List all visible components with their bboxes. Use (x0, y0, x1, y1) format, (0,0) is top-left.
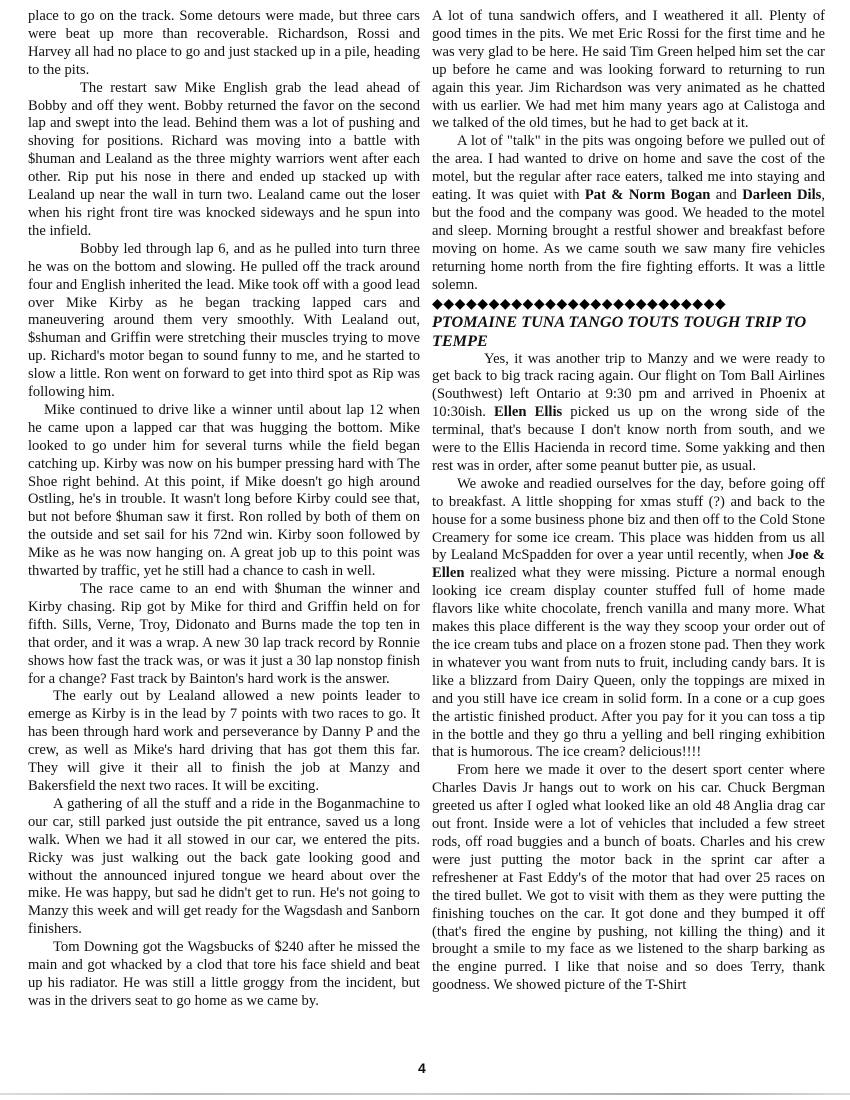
bottom-rule (0, 1093, 850, 1095)
bold-name: Darleen Dils (742, 187, 821, 203)
paragraph: Tom Downing got the Wagsbucks of $240 af… (28, 939, 420, 1011)
paragraph: The restart saw Mike English grab the le… (28, 80, 420, 241)
paragraph: The race came to an end with $human the … (28, 581, 420, 688)
bold-name: Pat & Norm Bogan (585, 187, 711, 203)
bold-name: Ellen Ellis (494, 404, 562, 420)
paragraph: A gathering of all the stuff and a ride … (28, 796, 420, 939)
paragraph: We awoke and readied ourselves for the d… (432, 476, 825, 763)
paragraph: Yes, it was another trip to Manzy and we… (432, 351, 825, 476)
paragraph: Mike continued to drive like a winner un… (28, 402, 420, 581)
paragraph: From here we made it over to the desert … (432, 762, 825, 995)
diamond-divider: ◆◆◆◆◆◆◆◆◆◆◆◆◆◆◆◆◆◆◆◆◆◆◆◆◆◆ (432, 296, 825, 313)
paragraph: The early out by Lealand allowed a new p… (28, 688, 420, 795)
paragraph: place to go on the track. Some detours w… (28, 8, 420, 80)
article-headline: PTOMAINE TUNA TANGO TOUTS TOUGH TRIP TO … (432, 313, 825, 351)
left-column: place to go on the track. Some detours w… (28, 8, 420, 1011)
page-number: 4 (418, 1060, 426, 1076)
paragraph: A lot of "talk" in the pits was ongoing … (432, 133, 825, 294)
newsletter-page: place to go on the track. Some detours w… (0, 0, 850, 1100)
right-column: A lot of tuna sandwich offers, and I wea… (432, 8, 825, 995)
paragraph: Bobby led through lap 6, and as he pulle… (28, 241, 420, 402)
text-run: We awoke and readied ourselves for the d… (432, 476, 825, 564)
paragraph: A lot of tuna sandwich offers, and I wea… (432, 8, 825, 133)
text-run: realized what they were missing. Picture… (432, 565, 825, 760)
text-run: and (710, 187, 742, 203)
